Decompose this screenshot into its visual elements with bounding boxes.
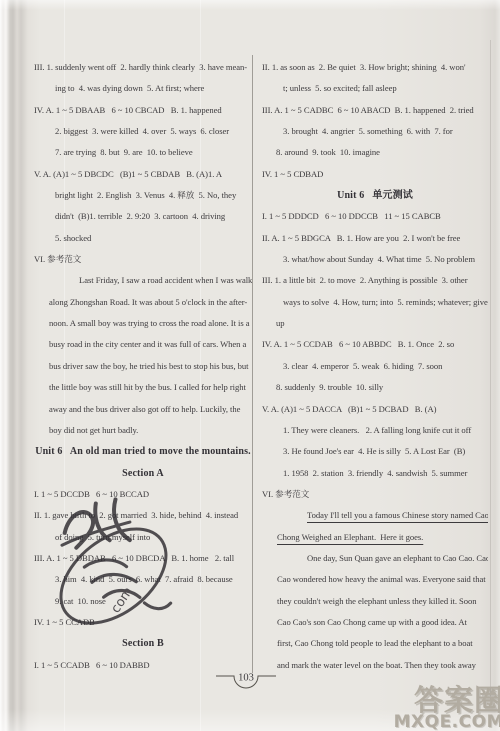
right-column: II. 1. as soon as 2. Be quiet 3. How bri… <box>262 57 488 676</box>
answer-line: 2. biggest 3. were killed 4. over 5. way… <box>34 121 252 142</box>
column-divider <box>252 55 253 673</box>
page-edge-line <box>490 40 491 701</box>
answer-line: II. A. 1 ~ 5 BDGCA B. 1. How are you 2. … <box>262 228 488 249</box>
answer-line: V. A. (A)1 ~ 5 DACCA (B)1 ~ 5 DCBAD B. (… <box>262 399 488 420</box>
page-number-ornament: 103 <box>214 669 278 699</box>
answer-line: up <box>262 313 488 334</box>
page-number: 103 <box>238 673 254 684</box>
answer-line: 8. around 9. took 10. imagine <box>262 142 488 163</box>
answer-line: VI. 参考范文 <box>34 249 252 270</box>
answer-line: V. A. (A)1 ~ 5 DBCDC (B)1 ~ 5 CBDAB B. (… <box>34 164 252 185</box>
answer-line: IV. 1 ~ 5 CDBAD <box>262 164 488 185</box>
answer-line: 3. He found Joe's ear 4. He is silly 5. … <box>262 441 488 462</box>
answer-line: ways to solve 4. How, turn; into 5. remi… <box>262 292 488 313</box>
answer-line: 5. shocked <box>34 228 252 249</box>
answer-line: Section B <box>34 633 252 654</box>
answer-line: 1. 1958 2. station 3. friendly 4. sandwi… <box>262 463 488 484</box>
answer-line: first, Cao Chong told people to lead the… <box>262 633 488 654</box>
answer-line: I. 1 ~ 5 DDDCD 6 ~ 10 DDCCB 11 ~ 15 CABC… <box>262 206 488 227</box>
answer-line: Today I'll tell you a famous Chinese sto… <box>262 505 488 526</box>
answer-line: III. 1. a little bit 2. to move 2. Anyth… <box>262 270 488 291</box>
handwritten-stamp: com <box>38 492 188 632</box>
answer-line: ing to 4. was dying down 5. At first; wh… <box>34 78 252 99</box>
answer-line: Chong Weighed an Elephant. Here it goes. <box>262 527 488 548</box>
answer-line: away and the bus driver also got off to … <box>34 399 252 420</box>
answer-line: boy did not get hurt badly. <box>34 420 252 441</box>
answer-line: and mark the water level on the boat. Th… <box>262 655 488 676</box>
answer-line: One day, Sun Quan gave an elephant to Ca… <box>262 548 488 569</box>
answer-line: Cao Cao's son Cao Chong came up with a g… <box>262 612 488 633</box>
answer-line: IV. A. 1 ~ 5 CCDAB 6 ~ 10 ABBDC B. 1. On… <box>262 334 488 355</box>
watermark-logo: 答案圈 <box>394 685 500 715</box>
answer-line: 8. suddenly 9. trouble 10. silly <box>262 377 488 398</box>
answer-line: bright light 2. English 3. Venus 4. 释放 5… <box>34 185 252 206</box>
answer-line: 3. brought 4. angrier 5. something 6. wi… <box>262 121 488 142</box>
answer-line: Unit 6 单元测试 <box>262 185 488 206</box>
answer-line: Last Friday, I saw a road accident when … <box>34 270 252 291</box>
answer-line: 1. They were cleaners. 2. A falling long… <box>262 420 488 441</box>
answer-line: along Zhongshan Road. It was about 5 o'c… <box>34 292 252 313</box>
watermark-url: MXQE.COM <box>394 714 500 730</box>
answer-line: III. 1. suddenly went off 2. hardly thin… <box>34 57 252 78</box>
answer-line: noon. A small boy was trying to cross th… <box>34 313 252 334</box>
answer-line: t; unless 5. so excited; fall asleep <box>262 78 488 99</box>
answer-line: Cao wondered how heavy the animal was. E… <box>262 569 488 590</box>
answer-line: II. 1. as soon as 2. Be quiet 3. How bri… <box>262 57 488 78</box>
answer-line: VI. 参考范文 <box>262 484 488 505</box>
answer-line: bus driver saw the boy, he tried his bes… <box>34 356 252 377</box>
handwriting-text: com <box>108 585 136 616</box>
answer-line: they couldn't weigh the elephant unless … <box>262 591 488 612</box>
answer-line: III. A. 1 ~ 5 CADBC 6 ~ 10 ABACD B. 1. h… <box>262 100 488 121</box>
answer-line: Unit 6 An old man tried to move the moun… <box>34 441 252 462</box>
answer-line: busy road in the city center and it was … <box>34 334 252 355</box>
answer-line: 7. are trying 8. but 9. are 10. to belie… <box>34 142 252 163</box>
answer-line: IV. A. 1 ~ 5 DBAAB 6 ~ 10 CBCAD B. 1. ha… <box>34 100 252 121</box>
answer-line: the little boy was still hit by the bus.… <box>34 377 252 398</box>
answer-line: 3. what/how about Sunday 4. What time 5.… <box>262 249 488 270</box>
watermark: 答案圈 MXQE.COM <box>394 685 500 730</box>
answer-line: 3. clear 4. emperor 5. weak 6. hiding 7.… <box>262 356 488 377</box>
answer-line: didn't (B)1. terrible 2. 9:20 3. cartoon… <box>34 206 252 227</box>
answer-line: Section A <box>34 463 252 484</box>
